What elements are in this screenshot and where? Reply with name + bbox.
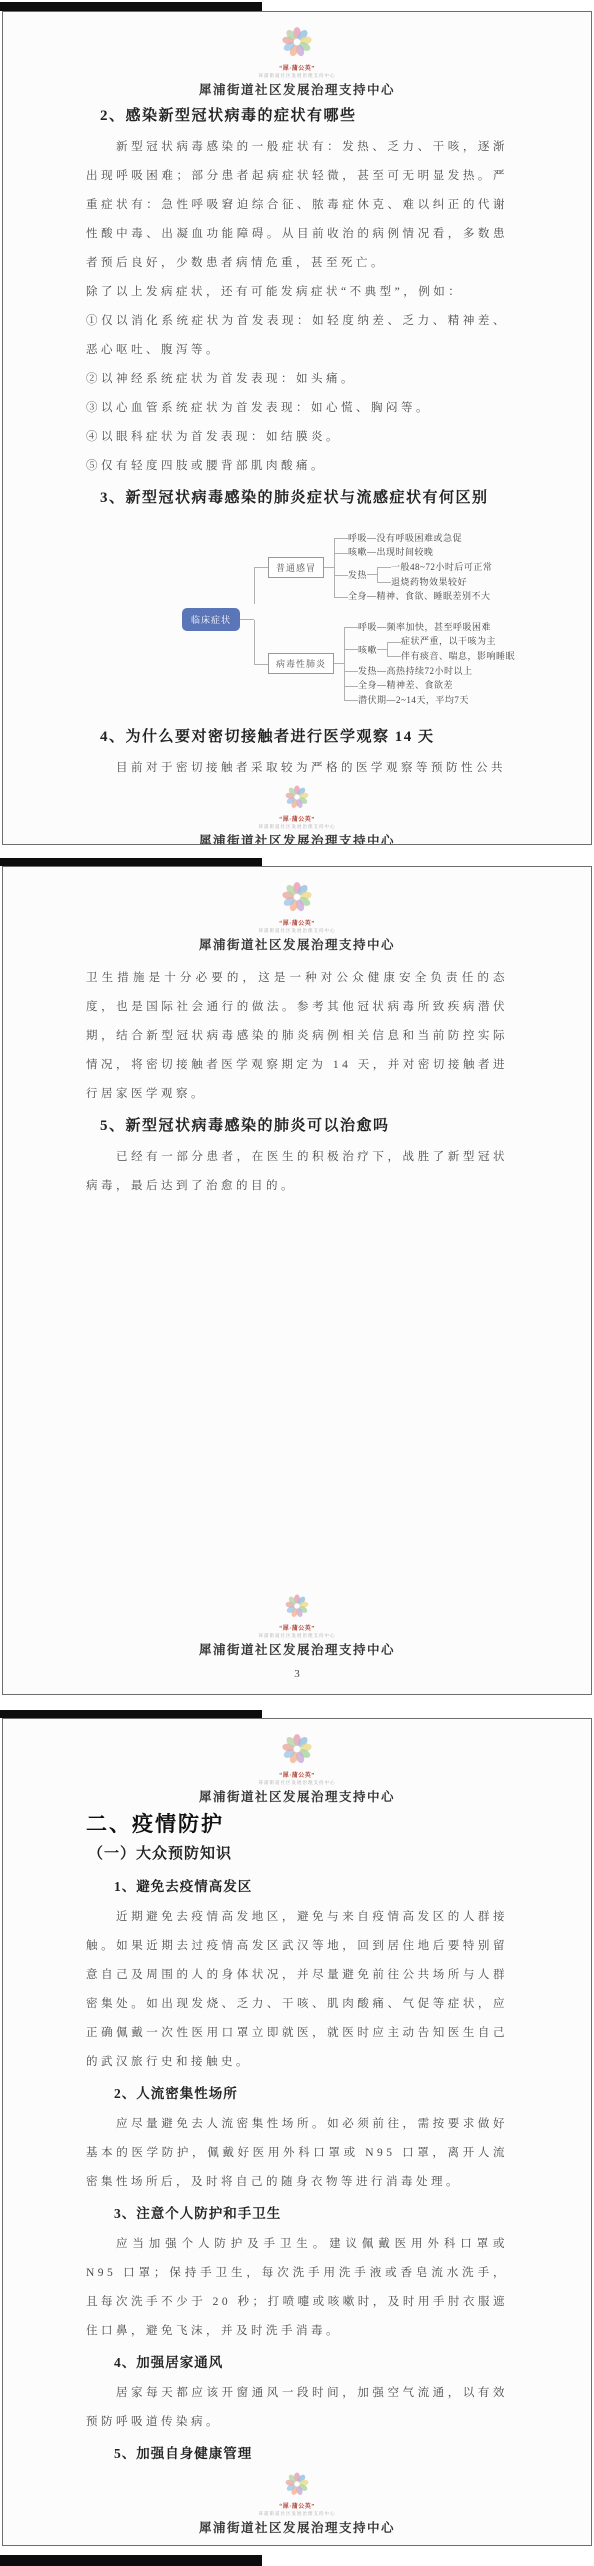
logo-tagline-sub: 犀浦街道社区发展治理支持中心: [86, 1780, 508, 1786]
document-page-2: “犀·蒲公英” 犀浦街道社区发展治理支持中心 犀浦街道社区发展治理支持中心 2、…: [2, 11, 592, 845]
logo-tagline: “犀·蒲公英”: [86, 1625, 508, 1633]
org-name: 犀浦街道社区发展治理支持中心: [86, 832, 508, 845]
mindmap-branch-label: 病毒性肺炎: [268, 653, 334, 674]
page-footer: “犀·蒲公英” 犀浦街道社区发展治理支持中心 犀浦街道社区发展治理支持中心 2: [86, 783, 508, 845]
logo-tagline-sub: 犀浦街道社区发展治理支持中心: [86, 1633, 508, 1639]
org-name: 犀浦街道社区发展治理支持中心: [86, 81, 508, 99]
heading-symptoms: 2、感染新型冠状病毒的症状有哪些: [100, 105, 508, 127]
list-item-nervous: ②以神经系统症状为首发表现：如头痛。: [86, 365, 508, 394]
section-title-ventilation: 4、加强居家通风: [114, 2353, 508, 2373]
mindmap-leaf: 全身—精神差、食欲差: [344, 678, 515, 693]
org-name: 犀浦街道社区发展治理支持中心: [86, 1641, 508, 1659]
paragraph-cure: 已经有一部分患者，在医生的积极治疗下，战胜了新型冠状病毒，最后达到了治愈的目的。: [86, 1143, 508, 1201]
symptom-comparison-mindmap: 临床症状 普通感冒 呼吸—没有呼吸困难或急促 咳嗽—出现时间较晚 发热 一般48…: [182, 523, 508, 716]
page-header: “犀·蒲公英” 犀浦街道社区发展治理支持中心 犀浦街道社区发展治理支持中心: [86, 1731, 508, 1806]
org-name: 犀浦街道社区发展治理支持中心: [86, 936, 508, 954]
list-item-eye: ④以眼科症状为首发表现：如结膜炎。: [86, 423, 508, 452]
mindmap-subnode-cough: 咳嗽 症状严重，以干咳为主 伴有痰音、喘息，影响睡眠: [344, 635, 515, 664]
page-header: “犀·蒲公英” 犀浦街道社区发展治理支持中心 犀浦街道社区发展治理支持中心: [86, 24, 508, 99]
org-flower-logo-icon: [279, 1731, 315, 1767]
logo-tagline: “犀·蒲公英”: [86, 920, 508, 928]
org-flower-logo-icon: [283, 2470, 311, 2498]
mindmap-leaf: 呼吸—频率加快，甚至呼吸困难: [344, 620, 515, 635]
list-item-digestive: ①仅以消化系统症状为首发表现：如轻度纳差、乏力、精神差、恶心呕吐、腹泻等。: [86, 307, 508, 365]
list-item-muscle: ⑤仅有轻度四肢或腰背部肌肉酸痛。: [86, 452, 508, 481]
org-flower-logo-icon: [279, 24, 315, 60]
mindmap-connector: [240, 619, 254, 620]
org-name: 犀浦街道社区发展治理支持中心: [86, 1788, 508, 1806]
page-number: 3: [86, 1668, 508, 1680]
logo-tagline-sub: 犀浦街道社区发展治理支持中心: [86, 928, 508, 934]
logo-tagline-sub: 犀浦街道社区发展治理支持中心: [86, 824, 508, 830]
section-body-avoid-areas: 近期避免去疫情高发地区，避免与来自疫情高发区的人群接触。如果近期去过疫情高发区武…: [86, 1903, 508, 2077]
org-flower-logo-icon: [283, 783, 311, 811]
section-body-ventilation: 居家每天都应该开窗通风一段时间，加强空气流通，以有效预防呼吸道传染病。: [86, 2379, 508, 2437]
mindmap-connector: [324, 567, 334, 568]
org-name: 犀浦街道社区发展治理支持中心: [86, 2519, 508, 2537]
mindmap-branches: 普通感冒 呼吸—没有呼吸困难或急促 咳嗽—出现时间较晚 发热 一般48~72小时…: [254, 523, 515, 716]
section-title-hand-hygiene: 3、注意个人防护和手卫生: [114, 2204, 508, 2224]
scan-black-bar: [0, 858, 262, 866]
mindmap-subnode-fever: 发热 一般48~72小时后可正常 退烧药物效果较好: [334, 560, 492, 589]
list-item-cardio: ③以心血管系统症状为首发表现：如心慌、胸闷等。: [86, 394, 508, 423]
mindmap-leaf: 伴有痰音、喘息，影响睡眠: [387, 649, 515, 664]
page-header: “犀·蒲公英” 犀浦街道社区发展治理支持中心 犀浦街道社区发展治理支持中心: [86, 879, 508, 954]
mindmap-branch-cold: 普通感冒 呼吸—没有呼吸困难或急促 咳嗽—出现时间较晚 发热 一般48~72小时…: [254, 531, 515, 604]
document-page-4: “犀·蒲公英” 犀浦街道社区发展治理支持中心 犀浦街道社区发展治理支持中心 二、…: [2, 1718, 592, 2546]
mindmap-leaf: 症状严重，以干咳为主: [387, 635, 515, 650]
mindmap-leaf: 全身—精神、食欲、睡眠差别不大: [334, 589, 492, 604]
heading-observation: 4、为什么要对密切接触者进行医学观察 14 天: [100, 726, 508, 748]
heading-epidemic-protection: 二、疫情防护: [86, 1810, 508, 1838]
mindmap-connector: [377, 649, 387, 650]
mindmap-leaf: 发热—高热持续72小时以上: [344, 664, 515, 679]
logo-tagline-sub: 犀浦街道社区发展治理支持中心: [86, 73, 508, 79]
section-title-avoid-areas: 1、避免去疫情高发区: [114, 1877, 508, 1897]
scan-black-bar: [0, 1710, 262, 1718]
logo-tagline: “犀·蒲公英”: [86, 2503, 508, 2511]
mindmap-leaf: 呼吸—没有呼吸困难或急促: [334, 531, 492, 546]
mindmap-leaf: 一般48~72小时后可正常: [377, 560, 492, 575]
logo-tagline: “犀·蒲公英”: [86, 816, 508, 824]
paragraph-observation: 目前对于密切接触者采取较为严格的医学观察等预防性公共: [86, 754, 508, 783]
page-footer: “犀·蒲公英” 犀浦街道社区发展治理支持中心 犀浦街道社区发展治理支持中心 4: [86, 2470, 508, 2546]
mindmap-root-node: 临床症状: [182, 608, 240, 631]
org-flower-logo-icon: [279, 879, 315, 915]
mindmap-connector: [367, 574, 377, 575]
heading-cure: 5、新型冠状病毒感染的肺炎可以治愈吗: [100, 1115, 508, 1137]
logo-tagline-sub: 犀浦街道社区发展治理支持中心: [86, 2511, 508, 2517]
paragraph-atypical-intro: 除了以上发病症状，还有可能发病症状“不典型”，例如：: [86, 278, 508, 307]
paragraph-symptoms: 新型冠状病毒感染的一般症状有：发热、乏力、干咳，逐渐出现呼吸困难；部分患者起病症…: [86, 133, 508, 278]
document-viewer: { "org": { "logo_icon": "dandelion-flowe…: [0, 0, 594, 2566]
logo-tagline: “犀·蒲公英”: [86, 1772, 508, 1780]
section-title-health-management: 5、加强自身健康管理: [114, 2444, 508, 2464]
mindmap-branch-label: 普通感冒: [268, 557, 324, 578]
scan-black-bar: [0, 2555, 262, 2566]
heading-public-prevention: （一）大众预防知识: [88, 1842, 508, 1866]
paragraph-observation-continued: 卫生措施是十分必要的，这是一种对公众健康安全负责任的态度，也是国际社会通行的做法…: [86, 964, 508, 1109]
mindmap-branch-pneumonia: 病毒性肺炎 呼吸—频率加快，甚至呼吸困难 咳嗽 症状严重，以干咳为主 伴有痰音、…: [254, 620, 515, 708]
section-body-hand-hygiene: 应当加强个人防护及手卫生。建议佩戴医用外科口罩或 N95 口罩；保持手卫生，每次…: [86, 2230, 508, 2346]
heading-compare: 3、新型冠状病毒感染的肺炎症状与流感症状有何区别: [100, 487, 508, 509]
document-page-3: “犀·蒲公英” 犀浦街道社区发展治理支持中心 犀浦街道社区发展治理支持中心 卫生…: [2, 866, 592, 1695]
org-flower-logo-icon: [283, 1592, 311, 1620]
scan-black-bar: [0, 2, 262, 11]
section-title-crowded-places: 2、人流密集性场所: [114, 2084, 508, 2104]
mindmap-leaf: 退烧药物效果较好: [377, 575, 492, 590]
mindmap-leaf: 咳嗽—出现时间较晚: [334, 546, 492, 561]
logo-tagline: “犀·蒲公英”: [86, 65, 508, 73]
section-body-crowded-places: 应尽量避免去人流密集性场所。如必须前往，需按要求做好基本的医学防护，佩戴好医用外…: [86, 2110, 508, 2197]
page-footer: “犀·蒲公英” 犀浦街道社区发展治理支持中心 犀浦街道社区发展治理支持中心 3: [86, 1592, 508, 1694]
mindmap-leaf: 潜伏期—2~14天，平均7天: [344, 693, 515, 708]
mindmap-connector: [334, 663, 344, 664]
